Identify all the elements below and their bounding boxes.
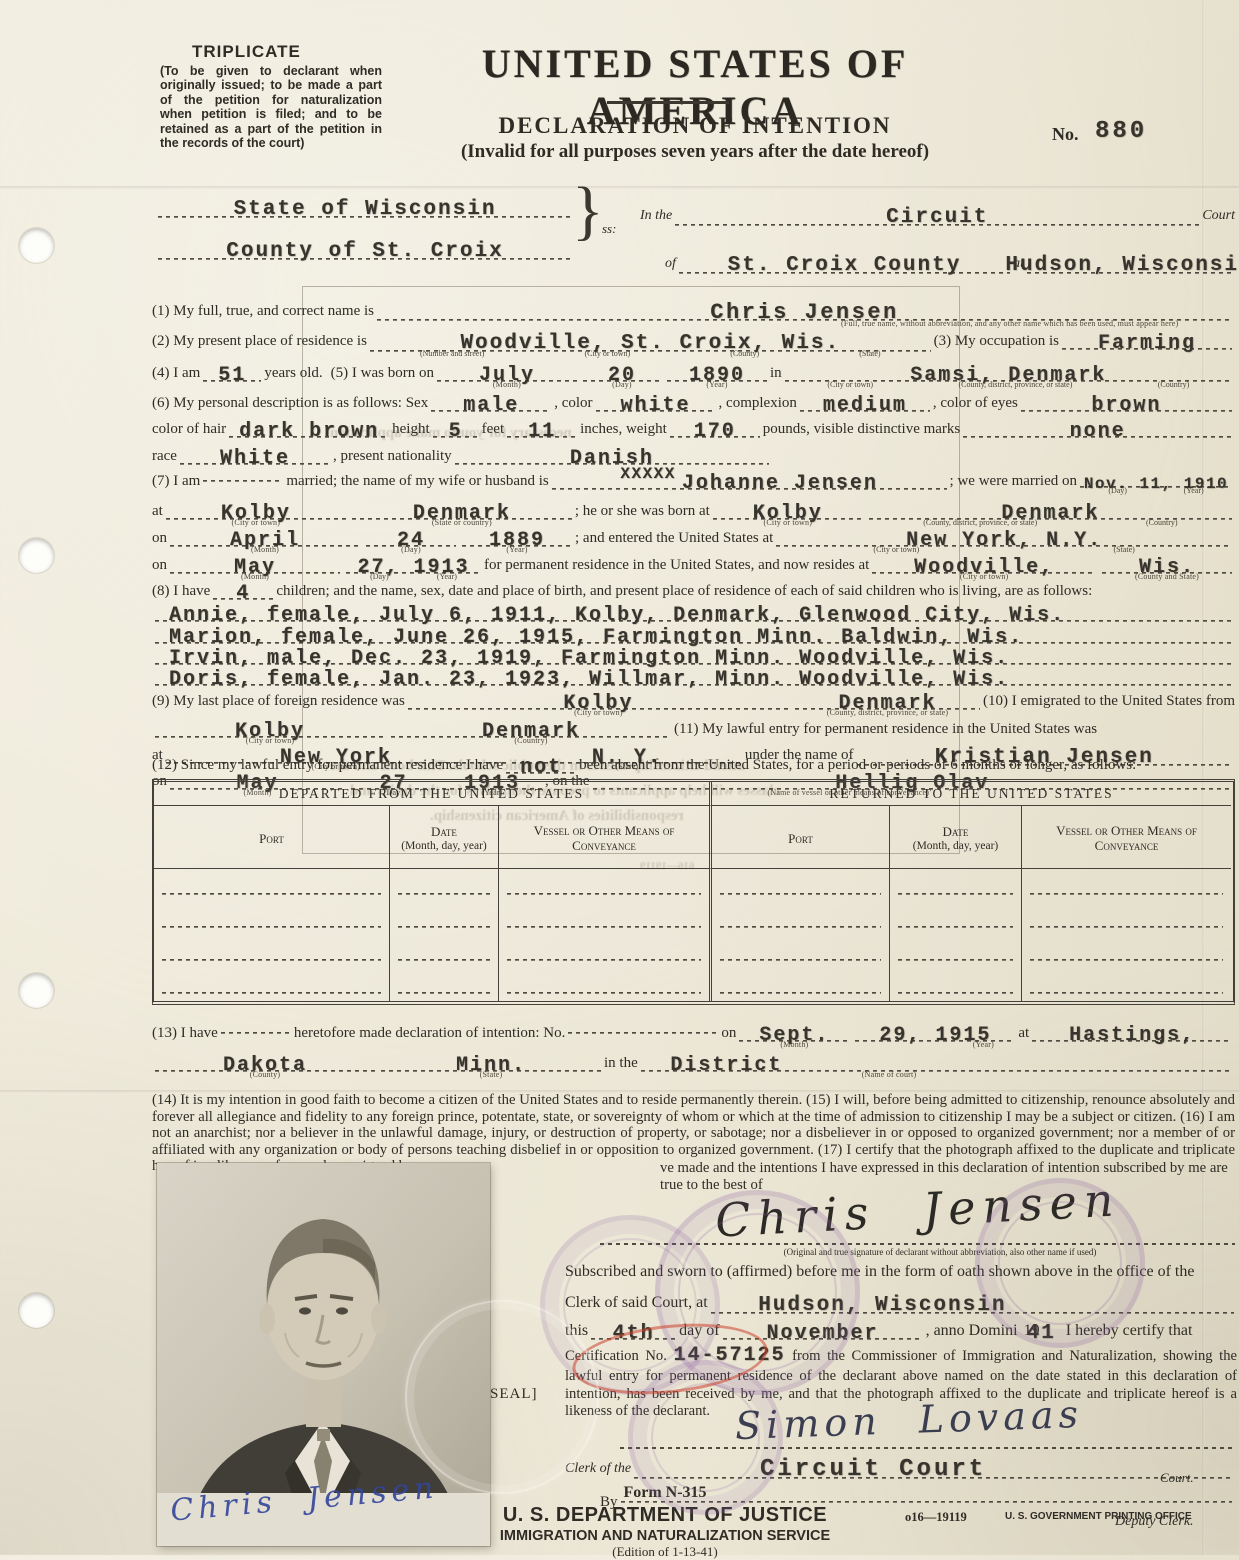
- marriage-date-hints: (Day)(Year): [1080, 486, 1232, 496]
- typed-age: 51: [218, 363, 246, 388]
- document-number-label: No.: [1052, 124, 1079, 145]
- clerk-of-line: Clerk of the Circuit Court: [565, 1452, 1235, 1482]
- departed-header: DEPARTED FROM THE UNITED STATES: [154, 782, 709, 806]
- birth-month-blank: July(Month): [437, 360, 577, 385]
- col-date-left: Date(Month, day, year): [390, 806, 499, 869]
- table-cell: [890, 968, 1022, 1001]
- typed-prior-decl-place: Hastings,: [1069, 1023, 1195, 1048]
- table-cell: [499, 902, 709, 935]
- sex-blank: male: [431, 390, 551, 415]
- field-9-line: (9) My last place of foreign residence w…: [152, 688, 1235, 713]
- col-port-right: Port: [709, 806, 890, 869]
- spouse-birth-country-blank: Denmark (County, district, province, or …: [869, 498, 1232, 523]
- marks-label: pounds, visible distinctive marks: [763, 420, 960, 439]
- declaration-of-intention-document: necessary for you to make application at…: [0, 0, 1239, 1555]
- field-4-label: (4) I am: [152, 364, 200, 383]
- field-7-line-c: on April(Month) 24(Day) 1889(Year) ; and…: [152, 525, 1235, 550]
- punch-hole: [19, 1293, 54, 1328]
- court-at-blank: Hudson, Wisconsin: [1027, 250, 1232, 276]
- table-cell: [1022, 869, 1231, 902]
- typed-weight: 170: [694, 419, 736, 444]
- field-1-line: (1) My full, true, and correct name is C…: [152, 296, 1235, 324]
- court-name-line: In the Circuit Court: [640, 202, 1235, 228]
- typed-height-inches: 11: [528, 419, 556, 444]
- table-cell: [1022, 935, 1231, 968]
- table-cell: [709, 902, 890, 935]
- field-11-label: (11) My lawful entry for permanent resid…: [674, 720, 1097, 739]
- state-blank: State of Wisconsin: [158, 194, 572, 220]
- spouse-birth-month-blank: April(Month): [170, 525, 360, 550]
- court-word-label: Court.: [1160, 1470, 1194, 1486]
- field-2-3-line: (2) My present place of residence is Woo…: [152, 328, 1235, 354]
- court-hint: (Name of court): [862, 1070, 917, 1080]
- validity-note: (Invalid for all purposes seven years af…: [340, 141, 1050, 163]
- sworn-place-blank: Hudson, Wisconsin: [711, 1290, 1234, 1316]
- residence-blank: Woodville, St. Croix, Wis. (Number and s…: [370, 328, 931, 354]
- portrait-image: [157, 1163, 490, 1546]
- anno-domini-label: , anno Domini: [926, 1321, 1018, 1341]
- ss-bracket: }: [572, 178, 604, 244]
- marriage-date-blank: Nov. 11, 1910 (Day)(Year): [1080, 471, 1232, 491]
- col-vessel-left: Vessel or Other Means of Conveyance: [499, 806, 709, 869]
- absent-blank: not: [506, 752, 576, 777]
- field-1-hint: (Full, true name, without abbreviation, …: [841, 319, 1178, 329]
- cert-no-label: Certification No.: [565, 1348, 667, 1364]
- form-number: Form N-315: [550, 1484, 780, 1502]
- form-title: DECLARATION OF INTENTION: [370, 113, 1020, 139]
- eyes-blank: brown: [1021, 390, 1232, 415]
- table-cell: [890, 869, 1022, 902]
- hair-label: color of hair: [152, 420, 226, 439]
- table-cell: [1022, 902, 1231, 935]
- field-6-line-b: color of hair dark brown height 5 feet 1…: [152, 416, 1235, 441]
- county-hint: (County): [250, 1070, 281, 1080]
- at-word: at: [1018, 1024, 1029, 1043]
- prior-decl-month-blank: Sept.(Month): [739, 1020, 849, 1045]
- spouse-born-label: ; he or she was born at: [575, 502, 710, 521]
- field-13-label: (13) I have: [152, 1024, 218, 1043]
- of-label: of: [665, 255, 676, 273]
- spouse-entry-day-year-blank: 27, 1913 (Day)(Year): [346, 552, 481, 577]
- typed-state: State of Wisconsin: [234, 197, 497, 223]
- year-hint: (Year): [706, 380, 727, 390]
- typed-absent: not: [520, 755, 562, 780]
- typed-sworn-month: November: [767, 1321, 879, 1346]
- field-8-label-b: children; and the name, sex, date and pl…: [276, 582, 1092, 601]
- spouse-birth-year-blank: 1889(Year): [462, 525, 572, 550]
- typed-county: County of St. Croix: [226, 239, 503, 265]
- field-13-line-b: Dakota(County) Minn.(State) in the Distr…: [152, 1050, 1235, 1075]
- sworn-text: Subscribed and sworn to (affirmed) befor…: [565, 1262, 1194, 1282]
- married-on-label: ; we were married on: [950, 472, 1077, 491]
- sworn-month-blank: November: [723, 1318, 923, 1343]
- field-1-label: (1) My full, true, and correct name is: [152, 302, 374, 321]
- hair-blank: dark brown: [229, 416, 389, 441]
- typed-cert-no: 14-57125: [673, 1344, 785, 1367]
- sworn-line-3: this 4th day of November , anno Domini 1…: [565, 1318, 1237, 1344]
- inches-blank: 11: [507, 416, 577, 441]
- sworn-line-1: Subscribed and sworn to (affirmed) befor…: [565, 1262, 1237, 1282]
- field-7-line-a: (7) I am married; the name of my wife or…: [152, 468, 1235, 493]
- in-word: in: [770, 364, 782, 383]
- sworn-day-blank: 4th: [591, 1318, 676, 1343]
- eyes-label: , color of eyes: [933, 394, 1018, 413]
- venue-county-line: County of St. Croix: [155, 236, 575, 262]
- clerk-signature-rule: [620, 1447, 1235, 1449]
- day-hint: (Day): [612, 380, 632, 390]
- complexion-blank: medium: [800, 390, 930, 415]
- prior-decl-court-blank: District(Name of court): [641, 1050, 1232, 1075]
- prior-decl-date-blank: 29, 1915(Year): [855, 1020, 1015, 1045]
- weight-label: inches, weight: [580, 420, 667, 439]
- full-name-blank: Chris Jensen (Full, true name, without a…: [377, 296, 1232, 324]
- marriage-country-blank: Denmark(State or country): [352, 498, 572, 523]
- typed-marks: none: [1070, 419, 1126, 444]
- typed-court-at: Hudson, Wisconsin: [1005, 253, 1239, 279]
- gpo-line: U. S. GOVERNMENT PRINTING OFFICE: [1005, 1511, 1192, 1522]
- col-port-left: Port: [154, 806, 390, 869]
- county-blank: County of St. Croix: [158, 236, 572, 262]
- col-vessel-right: Vessel or Other Means of Conveyance: [1022, 806, 1231, 869]
- marriage-city-blank: Kolby(City or town): [166, 498, 346, 523]
- child-row: Doris, female, Jan. 23, 1923, Willmar, M…: [152, 664, 1235, 689]
- triplicate-note: (To be given to declarant when originall…: [160, 64, 382, 150]
- signature-rule: [600, 1243, 1235, 1245]
- prior-decl-place-blank: Hastings,: [1032, 1020, 1232, 1045]
- col-date-right: Date(Month, day, year): [890, 806, 1022, 869]
- field-8-label: (8) I have: [152, 582, 210, 601]
- field-10-label: (10) I emigrated to the United States fr…: [983, 692, 1235, 711]
- typed-hair-color: dark brown: [239, 419, 379, 444]
- prior-decl-county-blank: Dakota(County): [155, 1050, 375, 1075]
- month-hint: (Month): [780, 1040, 808, 1050]
- typed-sworn-day: 4th: [613, 1321, 655, 1346]
- resides-city-blank: Woodville,(City or town): [872, 552, 1096, 577]
- field-10-line: Kolby(City or town) Denmark(Country) (11…: [152, 716, 1235, 741]
- birth-day-blank: 20(Day): [583, 360, 661, 385]
- resides-label: for permanent residence in the United St…: [484, 556, 869, 575]
- typed-color: white: [621, 393, 691, 418]
- table-cell: [499, 935, 709, 968]
- state-hint: (State): [480, 1070, 503, 1080]
- child-blank: Doris, female, Jan. 23, 1923, Willmar, M…: [155, 664, 1232, 689]
- punch-hole: [19, 973, 54, 1008]
- field-4-label-b: years old.: [264, 364, 322, 383]
- feet-blank: 5: [433, 416, 479, 441]
- table-cell: [154, 968, 390, 1001]
- nationality-label: , present nationality: [333, 447, 452, 466]
- table-cell: [709, 968, 890, 1001]
- table-cell: [890, 935, 1022, 968]
- field-13-line-a: (13) I have heretofore made declaration …: [152, 1020, 1235, 1045]
- prior-decl-no-blank: [568, 1023, 718, 1037]
- court-type-blank: Circuit: [675, 202, 1199, 228]
- feet-label: feet: [482, 420, 504, 439]
- typed-sex: male: [463, 393, 519, 418]
- field-7-line-d: on May(Month) 27, 1913 (Day)(Year) for p…: [152, 552, 1235, 577]
- title-underline: [607, 101, 729, 104]
- typed-occupation: Farming: [1098, 331, 1196, 356]
- table-cell: [390, 935, 499, 968]
- foreign-residence-country-blank: Denmark(County, district, province, or s…: [795, 688, 980, 713]
- spouse-label: married; the name of my wife or husband …: [286, 472, 548, 491]
- field-6-line-a: (6) My personal description is as follow…: [152, 390, 1235, 415]
- married-blank: [203, 471, 283, 485]
- weight-blank: 170: [670, 416, 760, 441]
- field-5-label: (5) I was born on: [331, 364, 434, 383]
- typed-prior-decl-court: District: [670, 1053, 782, 1078]
- spouse-birth-day-blank: 24(Day): [366, 525, 456, 550]
- typed-court-of: St. Croix County: [728, 253, 962, 279]
- typed-clerk-court: Circuit Court: [760, 1455, 986, 1485]
- table-cell: [890, 902, 1022, 935]
- table-cell: [154, 869, 390, 902]
- field-2-label: (2) My present place of residence is: [152, 332, 367, 351]
- emigrated-city-blank: Kolby(City or town): [155, 716, 385, 741]
- prior-decl-blank: [221, 1023, 291, 1037]
- height-label: height: [392, 420, 430, 439]
- typed-spouse-name: Johanne Jensen: [682, 471, 878, 496]
- field-12-real-line: (12) Since my lawful entry for permanent…: [152, 752, 1235, 777]
- edition-line: (Edition of 1-13-41): [545, 1544, 785, 1555]
- triplicate-title: TRIPLICATE: [192, 42, 301, 62]
- ss-label: ss:: [602, 221, 616, 237]
- table-cell: [154, 902, 390, 935]
- age-blank: 51: [203, 360, 261, 385]
- punch-hole: [19, 228, 54, 263]
- spouse-blank: XXXXX Johanne Jensen: [552, 468, 947, 493]
- color-label: , color: [554, 394, 592, 413]
- foreign-residence-city-blank: Kolby(City or town): [408, 688, 789, 713]
- field-4-5-line: (4) I am 51 years old. (5) I was born on…: [152, 360, 1235, 385]
- prior-decl-state-blank: Minn.(State): [381, 1050, 601, 1075]
- punch-hole: [19, 538, 54, 573]
- day-of-label: day of: [679, 1321, 719, 1341]
- typed-court-type: Circuit: [886, 205, 988, 231]
- oath-fragment: ve made and the intentions I have expres…: [660, 1160, 1237, 1193]
- clerk-of-label: Clerk of the: [565, 1460, 631, 1478]
- table-cell: [709, 935, 890, 968]
- on-word: on: [152, 529, 167, 548]
- race-blank: White: [180, 443, 330, 468]
- court-of-line: of St. Croix County at Hudson, Wisconsin: [665, 250, 1235, 276]
- signature-note: (Original and true signature of declaran…: [640, 1247, 1239, 1257]
- certification-paragraph: Certification No. 14-57125 from the Comm…: [565, 1344, 1237, 1421]
- table-cell: [499, 869, 709, 902]
- typed-height-feet: 5: [449, 419, 463, 444]
- field-3-label: (3) My occupation is: [934, 332, 1059, 351]
- table-cell: [499, 968, 709, 1001]
- table-cell: [390, 902, 499, 935]
- print-code: o16—19119: [905, 1510, 967, 1525]
- field-12-label-b: been absent from the United States, for …: [579, 756, 1136, 775]
- in-the-label: In the: [640, 207, 672, 225]
- typed-strikeout: XXXXX: [620, 464, 676, 484]
- birth-year-blank: 1890(Year): [667, 360, 767, 385]
- court-of-blank: St. Croix County: [679, 250, 1010, 276]
- table-cell: [154, 935, 390, 968]
- on-word: on: [152, 556, 167, 575]
- marks-blank: none: [963, 416, 1232, 441]
- spouse-entry-port-blank: New York, N.Y. (City or town)(State): [776, 525, 1232, 550]
- service-line: IMMIGRATION AND NATURALIZATION SERVICE: [465, 1528, 865, 1544]
- typed-complexion: medium: [823, 393, 907, 418]
- spouse-entry-month-blank: May(Month): [170, 552, 340, 577]
- field-9-label: (9) My last place of foreign residence w…: [152, 692, 405, 711]
- at-word: at: [152, 502, 163, 521]
- birthplace-blank: Samsi, Denmark (City or town)(County, di…: [785, 360, 1232, 385]
- table-cell: [1022, 968, 1231, 1001]
- document-number-value: 880: [1095, 118, 1147, 145]
- occupation-blank: Farming: [1062, 328, 1232, 353]
- field-2-hints: (Number and street)(City or town)(County…: [370, 349, 931, 359]
- typed-sworn-place: Hudson, Wisconsin: [758, 1293, 1006, 1319]
- complexion-label: , complexion: [719, 394, 797, 413]
- field-13-label-b: heretofore made declaration of intention…: [294, 1024, 566, 1043]
- year-hint: (Year): [973, 1040, 994, 1050]
- entered-us-label: ; and entered the United States at: [575, 529, 773, 548]
- emigrated-country-blank: Denmark(Country): [391, 716, 671, 741]
- field-6-label: (6) My personal description is as follow…: [152, 394, 428, 413]
- table-cell: [390, 869, 499, 902]
- race-label: race: [152, 447, 177, 466]
- in-the-word: in the: [604, 1054, 638, 1073]
- venue-state-line: State of Wisconsin: [155, 194, 575, 220]
- spouse-birth-city-blank: Kolby(City or town): [713, 498, 863, 523]
- sworn-line-2: Clerk of said Court, at Hudson, Wisconsi…: [565, 1290, 1237, 1316]
- seal-label: [SEAL]: [484, 1386, 538, 1403]
- clerk-at-label: Clerk of said Court, at: [565, 1293, 708, 1313]
- field-6-line-c: race White , present nationality Danish: [152, 443, 772, 468]
- this-word: this: [565, 1321, 588, 1341]
- paper-crease: [0, 186, 1239, 190]
- resides-state-blank: Wis.(County and State): [1102, 552, 1232, 577]
- table-cell: [390, 968, 499, 1001]
- table-cell: [709, 869, 890, 902]
- department-line: U. S. DEPARTMENT OF JUSTICE: [470, 1504, 860, 1527]
- declarant-photograph: [157, 1163, 490, 1546]
- color-blank: white: [596, 390, 716, 415]
- field-12-label: (12) Since my lawful entry for permanent…: [152, 756, 503, 775]
- absence-table: DEPARTED FROM THE UNITED STATES RETURNED…: [152, 779, 1235, 1005]
- nationality-blank: Danish: [455, 443, 769, 468]
- field-7-line-b: at Kolby(City or town) Denmark(State or …: [152, 498, 1235, 523]
- returned-header: RETURNED TO THE UNITED STATES: [709, 782, 1231, 806]
- court-word: Court: [1202, 207, 1235, 225]
- on-word: on: [721, 1024, 736, 1043]
- field-7-label: (7) I am: [152, 472, 200, 491]
- typed-eye-color: brown: [1091, 393, 1161, 418]
- birthplace-hints: (City or town)(County, district, provinc…: [785, 380, 1232, 390]
- certify-label: I hereby certify that: [1066, 1321, 1193, 1341]
- clerk-court-blank: Circuit Court: [634, 1452, 1232, 1482]
- month-hint: (Month): [493, 380, 521, 390]
